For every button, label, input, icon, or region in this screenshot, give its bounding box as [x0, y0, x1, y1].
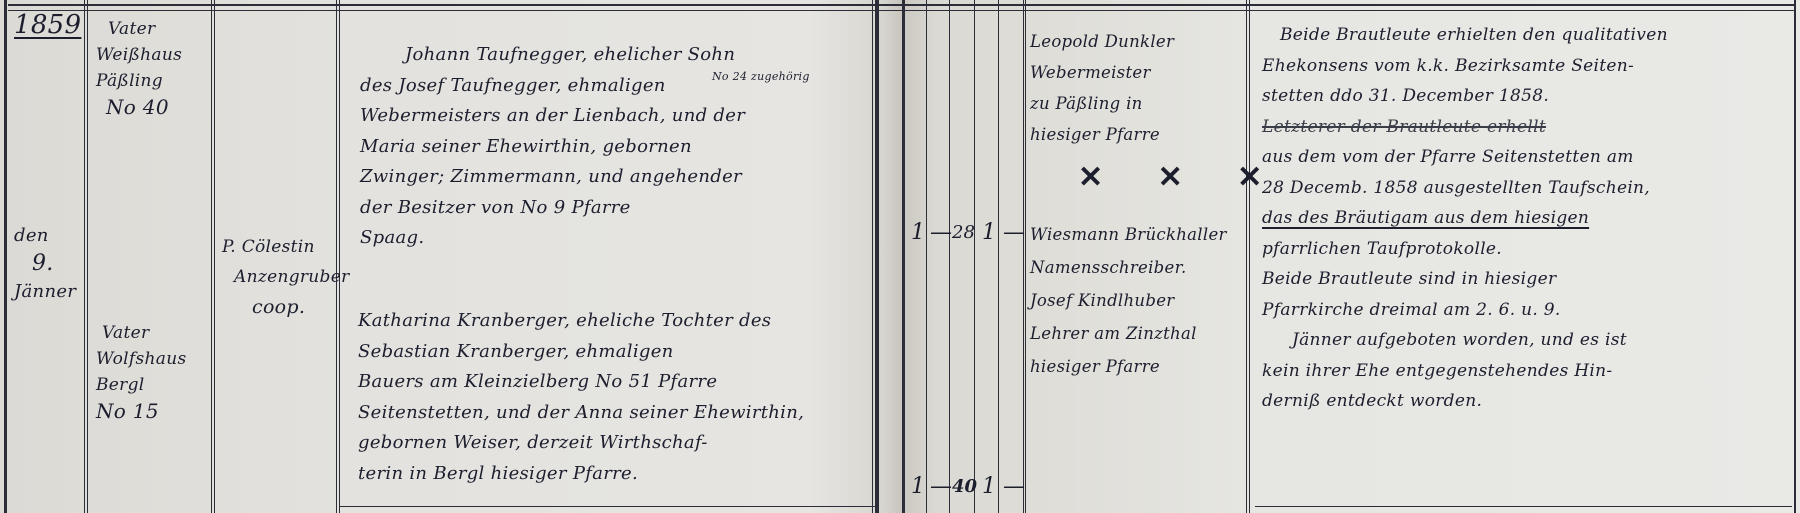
witness-line: Wiesmann Brückhaller: [1030, 218, 1227, 251]
witness-line: hiesiger Pfarre: [1030, 119, 1174, 150]
col-rule: [211, 0, 212, 513]
house-line: Vater: [96, 16, 182, 42]
tally-single: 1: [982, 474, 996, 499]
cross-marks-icon: ✕ ✕ ✕: [1078, 160, 1284, 195]
bride-line: Katharina Kranberger, eheliche Tochter d…: [358, 306, 863, 337]
groom-house: Vater Weißhaus Päßling No 40: [96, 16, 182, 120]
witness-1: Leopold Dunkler Webermeister zu Päßling …: [1030, 26, 1174, 150]
month: Jänner: [14, 278, 76, 306]
gutter-rule: [876, 0, 879, 513]
year-text: 1859: [14, 10, 81, 40]
remark-line: aus dem vom der Pfarre Seitenstetten am: [1262, 142, 1792, 173]
bride-line: Seitenstetten, und der Anna seiner Ehewi…: [358, 398, 863, 429]
groom-line: Johann Taufnegger, ehelicher Sohn: [360, 40, 865, 71]
priest-line: P. Cölestin: [222, 232, 350, 262]
gutter-rule: [902, 0, 905, 513]
remark-line: 28 Decemb. 1858 ausgestellten Taufschein…: [1262, 173, 1792, 204]
remark-line: pfarrlichen Taufprotokolle.: [1262, 234, 1792, 265]
col-rule: [872, 0, 873, 513]
witness-2: Wiesmann Brückhaller Namensschreiber. Jo…: [1030, 218, 1227, 383]
house-line: Päßling: [96, 68, 182, 94]
tally-dash: —: [1003, 474, 1025, 499]
bride-line: Sebastian Kranberger, ehmaligen: [358, 337, 863, 368]
officiating-priest: P. Cölestin Anzengruber coop.: [222, 232, 350, 322]
groom-line: Spaag.: [360, 223, 865, 254]
tally-catholic: 1: [911, 220, 925, 245]
col-rule: [84, 0, 85, 513]
priest-line: coop.: [222, 292, 350, 322]
tally-dash: —: [930, 474, 952, 499]
left-border: [4, 0, 7, 513]
tally-age: 40: [952, 476, 977, 497]
bride-line: Bauers am Kleinzielberg No 51 Pfarre: [358, 367, 863, 398]
top-rule: [8, 4, 1794, 6]
witness-line: Lehrer am Zinzthal: [1030, 317, 1227, 350]
remark-line: kein ihrer Ehe entgegenstehendes Hin-: [1262, 356, 1792, 387]
day-label: den: [14, 222, 76, 250]
remark-line: stetten ddo 31. December 1858.: [1262, 81, 1792, 112]
col-rule: [949, 0, 950, 513]
top-rule-inner: [8, 10, 1794, 11]
col-rule: [87, 0, 88, 513]
witness-line: hiesiger Pfarre: [1030, 350, 1227, 383]
witness-line: Leopold Dunkler: [1030, 26, 1174, 57]
tally-single: 1: [982, 220, 996, 245]
col-rule: [1023, 0, 1024, 513]
struck-text: Letzterer der Brautleute erhellt: [1262, 117, 1546, 137]
right-border: [1794, 0, 1796, 513]
col-rule: [1025, 0, 1026, 513]
bride-line: gebornen Weiser, derzeit Wirthschaf-: [358, 428, 863, 459]
witness-line: Josef Kindlhuber: [1030, 284, 1227, 317]
col-rule: [974, 0, 975, 513]
remark-line: Jänner aufgeboten worden, und es ist: [1262, 325, 1792, 356]
col-rule: [1249, 0, 1250, 513]
tally-dash: —: [930, 220, 952, 245]
bottom-rule: [340, 506, 878, 507]
col-rule: [926, 0, 927, 513]
witness-marks: ✕ ✕ ✕: [1078, 160, 1284, 195]
house-line: Weißhaus: [96, 42, 182, 68]
bride-line: terin in Bergl hiesiger Pfarre.: [358, 459, 863, 490]
bride-entry: Katharina Kranberger, eheliche Tochter d…: [358, 306, 863, 489]
col-rule: [214, 0, 215, 513]
remark-line: das des Bräutigam aus dem hiesigen: [1262, 203, 1792, 234]
house-line: Bergl: [96, 372, 186, 398]
date-entry: den 9. Jänner: [14, 222, 76, 306]
witness-line: Namensschreiber.: [1030, 251, 1227, 284]
groom-line: der Besitzer von No 9 Pfarre: [360, 193, 865, 224]
col-rule: [1246, 0, 1247, 513]
groom-line: Webermeisters an der Lienbach, und der: [360, 101, 865, 132]
day-number: 9.: [14, 250, 76, 278]
house-number: No 40: [96, 94, 182, 120]
house-number: No 15: [96, 398, 186, 424]
tally-dash: —: [1003, 220, 1025, 245]
tally-catholic: 1: [911, 474, 925, 499]
remark-line: Ehekonsens vom k.k. Bezirksamte Seiten-: [1262, 51, 1792, 82]
remark-line: Beide Brautleute sind in hiesiger: [1262, 264, 1792, 295]
margin-note-text: No 24 zugehörig: [712, 70, 810, 83]
tally-age: 28: [952, 222, 975, 243]
house-line: Wolfshaus: [96, 346, 186, 372]
priest-line: Anzengruber: [222, 262, 350, 292]
groom-line: Zwinger; Zimmermann, und angehender: [360, 162, 865, 193]
groom-margin-note: No 24 zugehörig: [712, 70, 810, 83]
date-year: 1859: [14, 10, 81, 40]
witness-line: zu Päßling in: [1030, 88, 1174, 119]
remark-line: Beide Brautleute erhielten den qualitati…: [1262, 20, 1792, 51]
bottom-rule-right: [1255, 506, 1792, 507]
remark-line: derniß entdeckt worden.: [1262, 386, 1792, 417]
groom-line: Maria seiner Ehewirthin, gebornen: [360, 132, 865, 163]
remarks: Beide Brautleute erhielten den qualitati…: [1262, 20, 1792, 417]
col-rule: [998, 0, 999, 513]
witness-line: Webermeister: [1030, 57, 1174, 88]
bride-house: Vater Wolfshaus Bergl No 15: [96, 320, 186, 424]
remark-line: Pfarrkirche dreimal am 2. 6. u. 9.: [1262, 295, 1792, 326]
remark-struck-line: Letzterer der Brautleute erhellt: [1262, 112, 1792, 143]
register-page: 1859 den 9. Jänner Vater Weißhaus Päßlin…: [0, 0, 1800, 513]
house-line: Vater: [96, 320, 186, 346]
